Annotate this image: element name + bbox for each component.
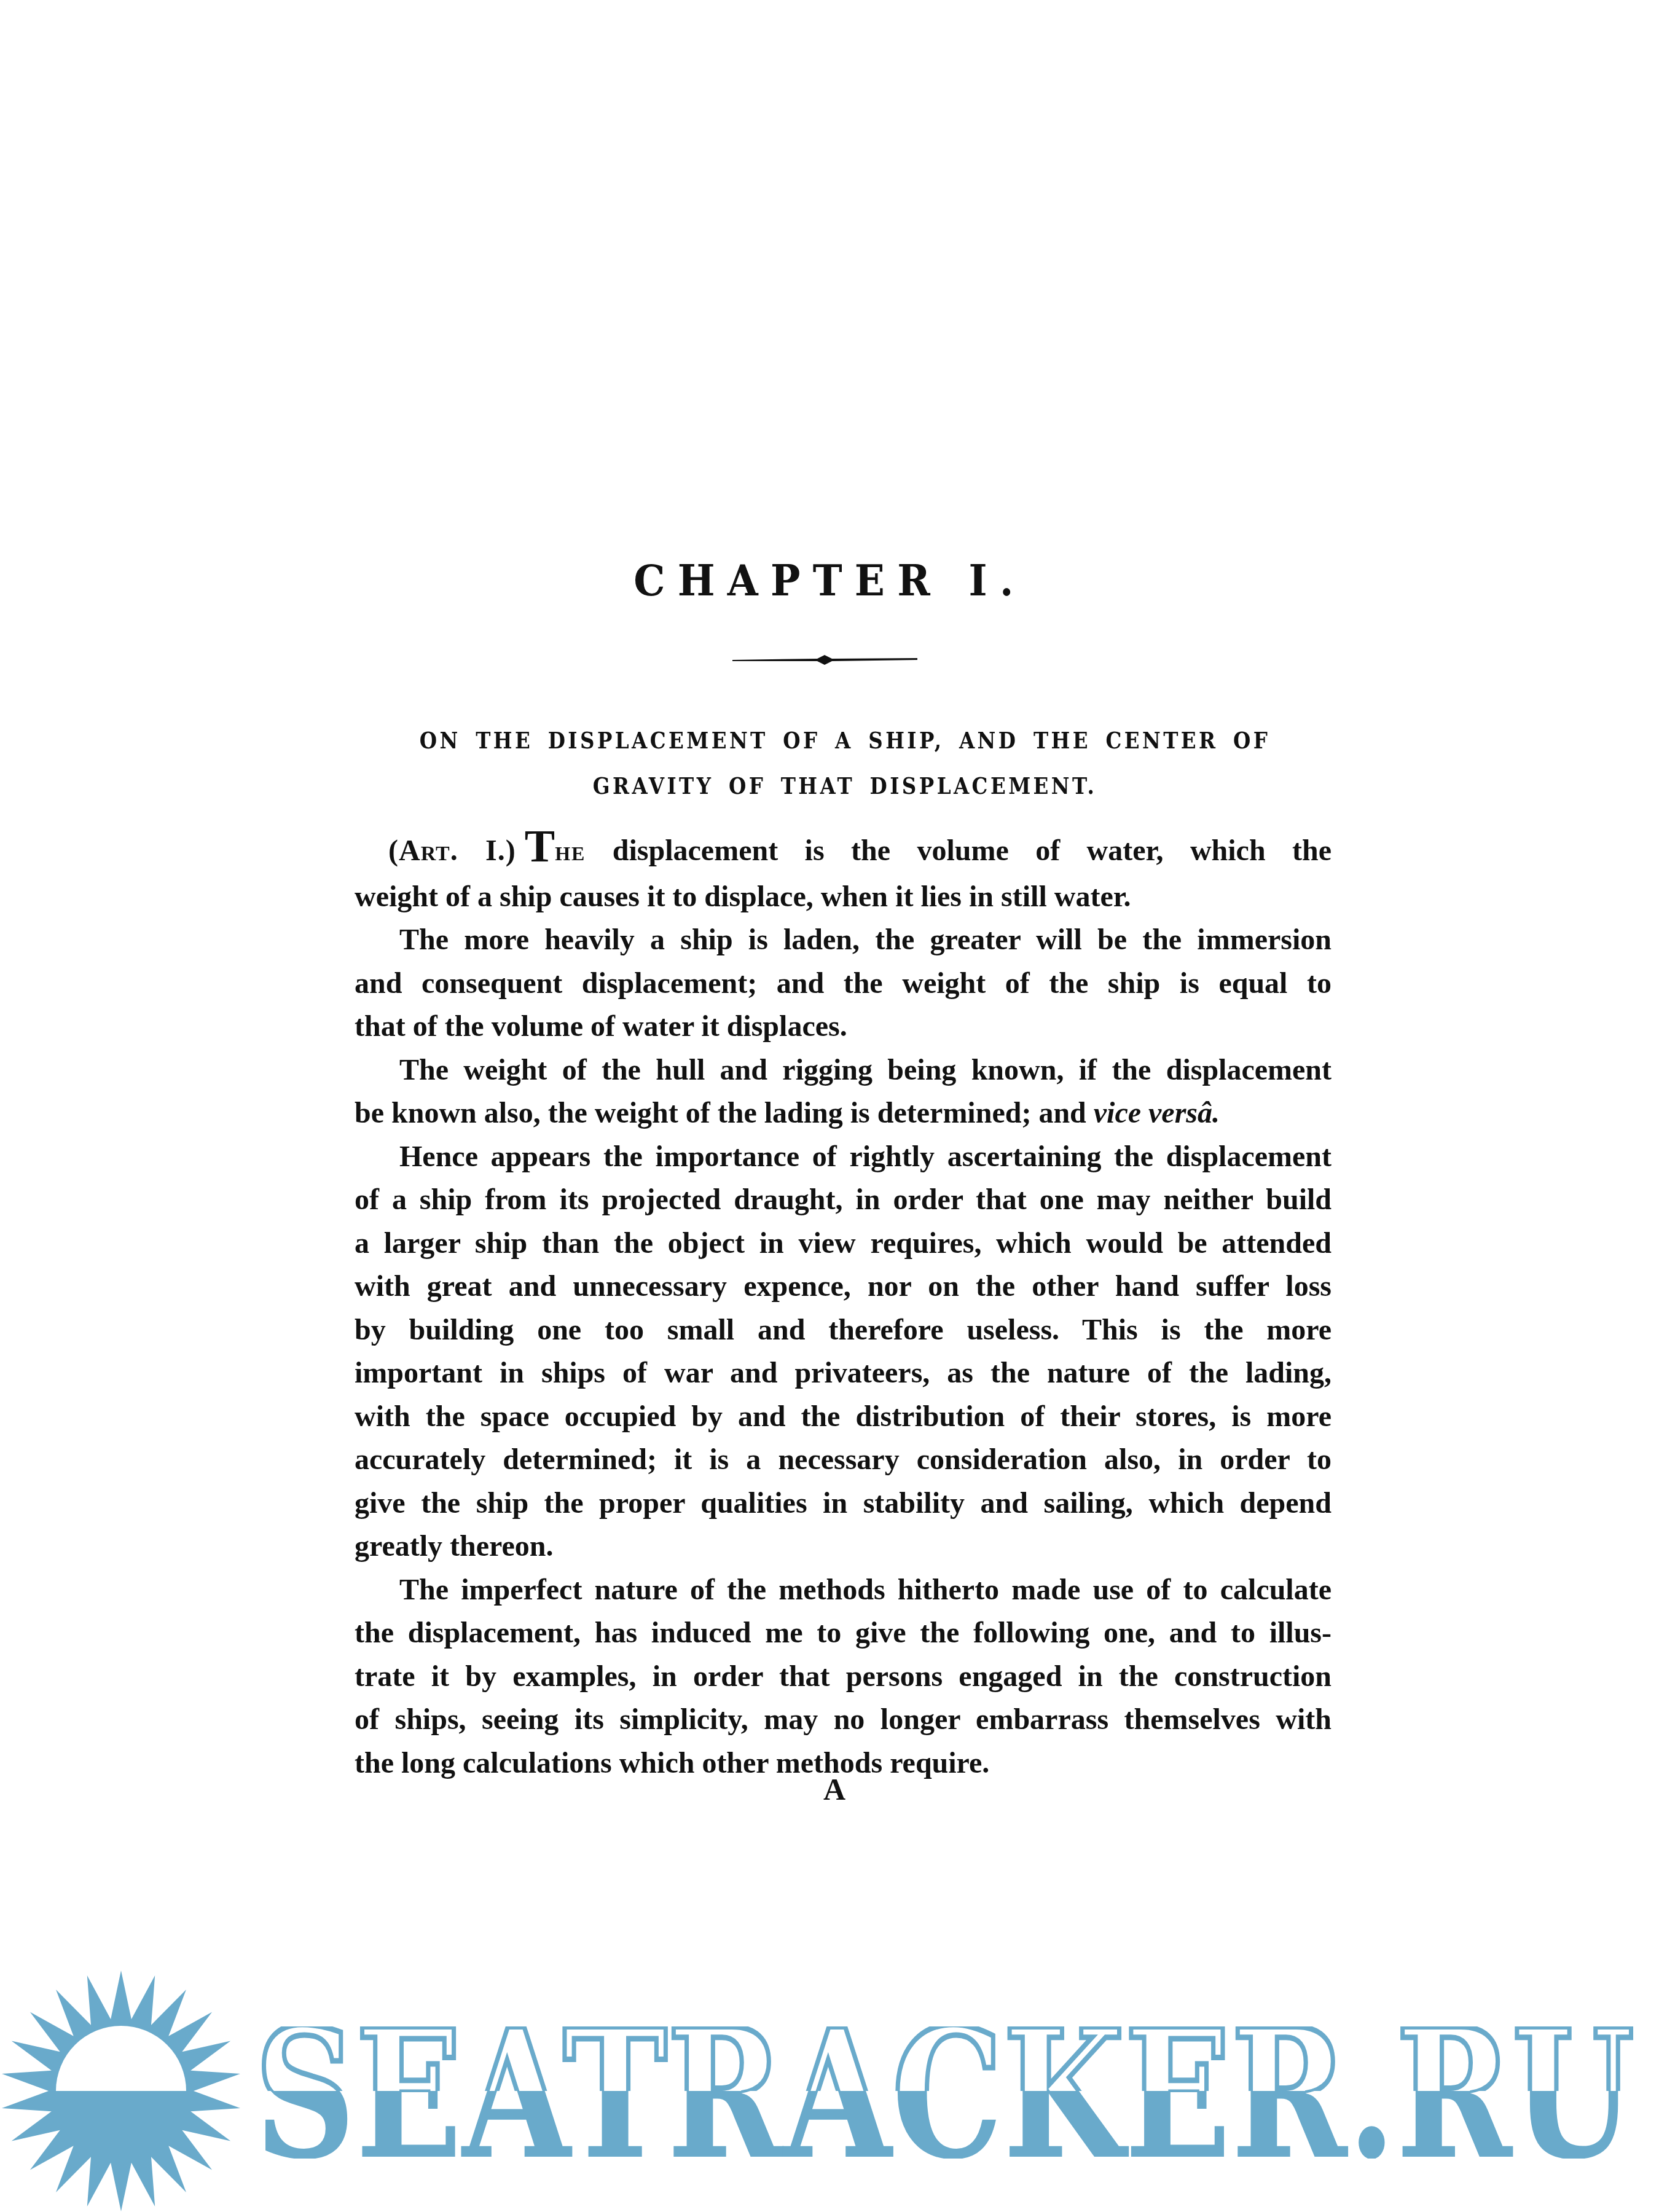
- body-text: (Art. I.)THE displacement is the volume …: [355, 829, 1332, 1785]
- text-line: by building one too small and therefore …: [355, 1309, 1332, 1352]
- section-heading: ON THE DISPLACEMENT OF A SHIP, AND THE C…: [404, 718, 1285, 809]
- paragraph-5: The imperfect nature of the methods hith…: [355, 1569, 1332, 1786]
- text-line: trate it by examples, in order that pers…: [355, 1655, 1332, 1699]
- paragraph-2: The more heavily a ship is laden, the gr…: [355, 919, 1332, 1049]
- text-line: accurately determined; it is a necessary…: [355, 1438, 1332, 1482]
- paragraph-4: Hence appears the importance of rightly …: [355, 1135, 1332, 1569]
- text-line: The more heavily a ship is laden, the gr…: [355, 919, 1332, 962]
- text-line: a larger ship than the object in view re…: [355, 1222, 1332, 1266]
- signature-mark: A: [823, 1771, 845, 1808]
- text-line: that of the volume of water it displaces…: [355, 1005, 1332, 1049]
- chapter-title: CHAPTER I.: [66, 556, 1593, 605]
- text-line: Hence appears the importance of rightly …: [355, 1135, 1332, 1179]
- text-line: of ships, seeing its simplicity, may no …: [355, 1698, 1332, 1742]
- paragraph-3: The weight of the hull and rigging being…: [355, 1049, 1332, 1135]
- text-line: give the ship the proper qualities in st…: [355, 1482, 1332, 1526]
- text-line: with the space occupied by and the distr…: [355, 1395, 1332, 1439]
- text-line: the displacement, has induced me to give…: [355, 1612, 1332, 1655]
- text-line: (Art. I.)THE displacement is the volume …: [355, 829, 1332, 876]
- text-line: be known also, the weight of the lading …: [355, 1092, 1332, 1135]
- paragraph-1: (Art. I.)THE displacement is the volume …: [355, 829, 1332, 919]
- watermark: SEATRACKER.RU SEATRACKER.RU: [0, 1960, 1659, 2212]
- text-line: of a ship from its projected draught, in…: [355, 1179, 1332, 1222]
- section-heading-line-2: GRAVITY OF THAT DISPLACEMENT.: [404, 763, 1285, 809]
- text-line: with great and unnecessary expence, nor …: [355, 1265, 1332, 1309]
- text-line: greatly thereon.: [355, 1525, 1332, 1569]
- text-line: weight of a ship causes it to displace, …: [355, 876, 1332, 919]
- drop-capital-rest: HE: [555, 842, 586, 865]
- drop-capital: T: [525, 822, 555, 872]
- section-heading-line-1: ON THE DISPLACEMENT OF A SHIP, AND THE C…: [404, 718, 1285, 763]
- article-label: (Art. I.): [388, 834, 516, 867]
- sun-icon: [0, 1966, 246, 2212]
- text-line: The imperfect nature of the methods hith…: [355, 1569, 1332, 1612]
- text-line: and consequent displacement; and the wei…: [355, 962, 1332, 1006]
- text-line: The weight of the hull and rigging being…: [355, 1049, 1332, 1092]
- text-line: important in ships of war and privateers…: [355, 1352, 1332, 1395]
- ornament-rule: [731, 653, 919, 665]
- italic-phrase: vice versâ.: [1094, 1097, 1220, 1129]
- watermark-text: SEATRACKER.RU SEATRACKER.RU: [253, 2026, 1636, 2159]
